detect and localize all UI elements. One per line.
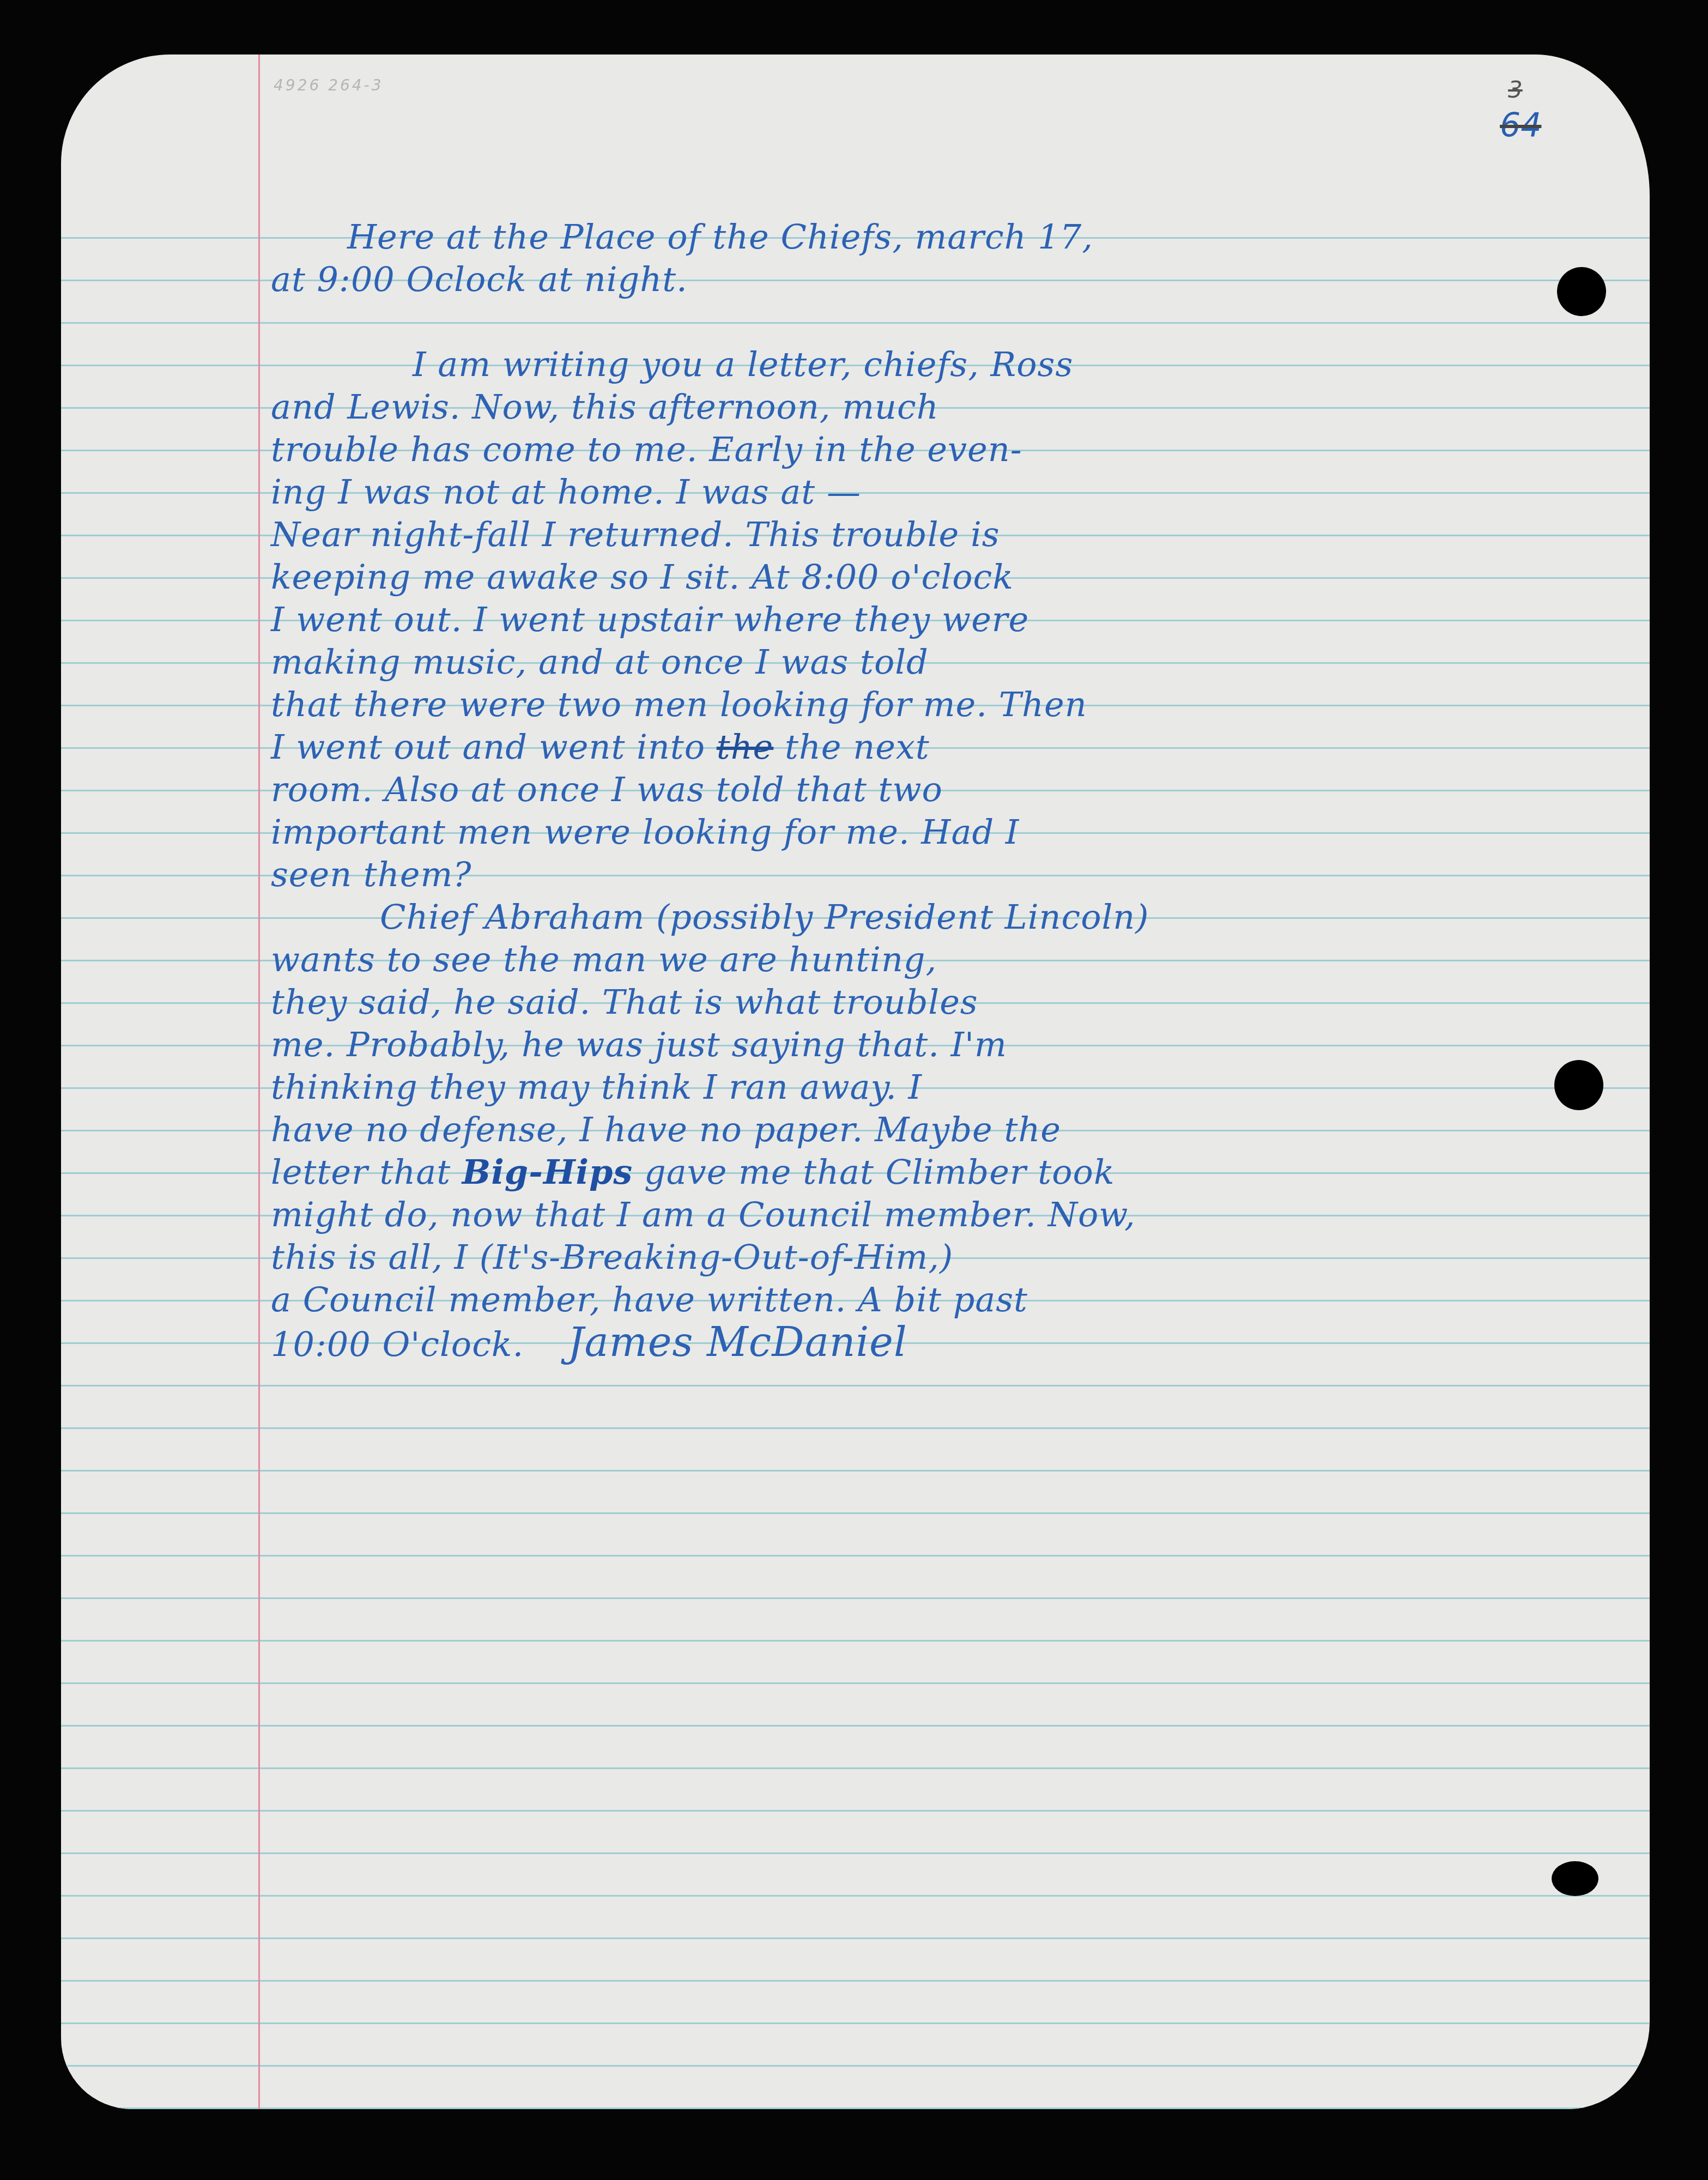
overwritten-name: Big-Hips	[462, 1152, 633, 1192]
line-text: I went out and went into	[271, 727, 705, 767]
paragraph-line: might do, now that I am a Council member…	[271, 1194, 1644, 1236]
blank-line	[271, 301, 1644, 343]
paragraph-line: me. Probably, he was just saying that. I…	[271, 1024, 1644, 1066]
punch-hole-bottom-icon	[1552, 1861, 1598, 1896]
paragraph-line: wants to see the man we are hunting,	[271, 938, 1644, 981]
paragraph-line: a Council member, have written. A bit pa…	[271, 1279, 1644, 1321]
heading-line-2: at 9:00 Oclock at night.	[271, 258, 1644, 301]
letter-body: Here at the Place of the Chiefs, march 1…	[271, 218, 1644, 1366]
paragraph-line: have no defense, I have no paper. Maybe …	[271, 1109, 1644, 1151]
pencil-catalog-number: 4926 264-3	[274, 76, 384, 94]
paragraph-line-with-correction: I went out and went into the the next	[271, 726, 1644, 768]
closing-line: 10:00 O'clock. James McDaniel	[271, 1321, 1644, 1364]
paragraph-line-with-overwrite: letter that Big-Hips gave me that Climbe…	[271, 1151, 1644, 1194]
notebook-paper: 4926 264-3 3 64 Here at the Place of the…	[61, 55, 1650, 2109]
closing-time: 10:00 O'clock.	[271, 1324, 524, 1364]
paragraph-line: making music, and at once I was told	[271, 641, 1644, 683]
page-number-value: 64	[1500, 106, 1541, 144]
paragraph-line: that there were two men looking for me. …	[271, 683, 1644, 726]
paragraph-line: Near night-fall I returned. This trouble…	[271, 513, 1644, 556]
paragraph-line: thinking they may think I ran away. I	[271, 1066, 1644, 1109]
line-text-tail: the next	[785, 727, 930, 767]
red-margin-line	[258, 55, 260, 2109]
struck-page-number: 3	[1508, 76, 1523, 103]
paragraph-line: I went out. I went upstair where they we…	[271, 598, 1644, 641]
paragraph-line: trouble has come to me. Early in the eve…	[271, 428, 1644, 471]
paragraph-line: they said, he said. That is what trouble…	[271, 981, 1644, 1024]
paragraph-line: seen them?	[271, 853, 1644, 896]
paragraph-line: keeping me awake so I sit. At 8:00 o'clo…	[271, 556, 1644, 598]
paragraph-line: important men were looking for me. Had I	[271, 811, 1644, 853]
paragraph-line: Chief Abraham (possibly President Lincol…	[271, 896, 1644, 938]
heading-line-1: Here at the Place of the Chiefs, march 1…	[271, 216, 1644, 258]
paragraph-line: room. Also at once I was told that two	[271, 768, 1644, 811]
struck-word: the	[717, 727, 774, 767]
paragraph-line: I am writing you a letter, chiefs, Ross	[271, 343, 1644, 386]
line-text: letter that	[271, 1152, 451, 1192]
signature: James McDaniel	[535, 1319, 907, 1366]
paragraph-line: and Lewis. Now, this afternoon, much	[271, 386, 1644, 428]
paragraph-line: this is all, I (It's-Breaking-Out-of-Him…	[271, 1236, 1644, 1279]
line-text-tail: gave me that Climber took	[644, 1152, 1115, 1192]
page-number: 64	[1500, 106, 1541, 144]
paragraph-line: ing I was not at home. I was at —	[271, 471, 1644, 513]
